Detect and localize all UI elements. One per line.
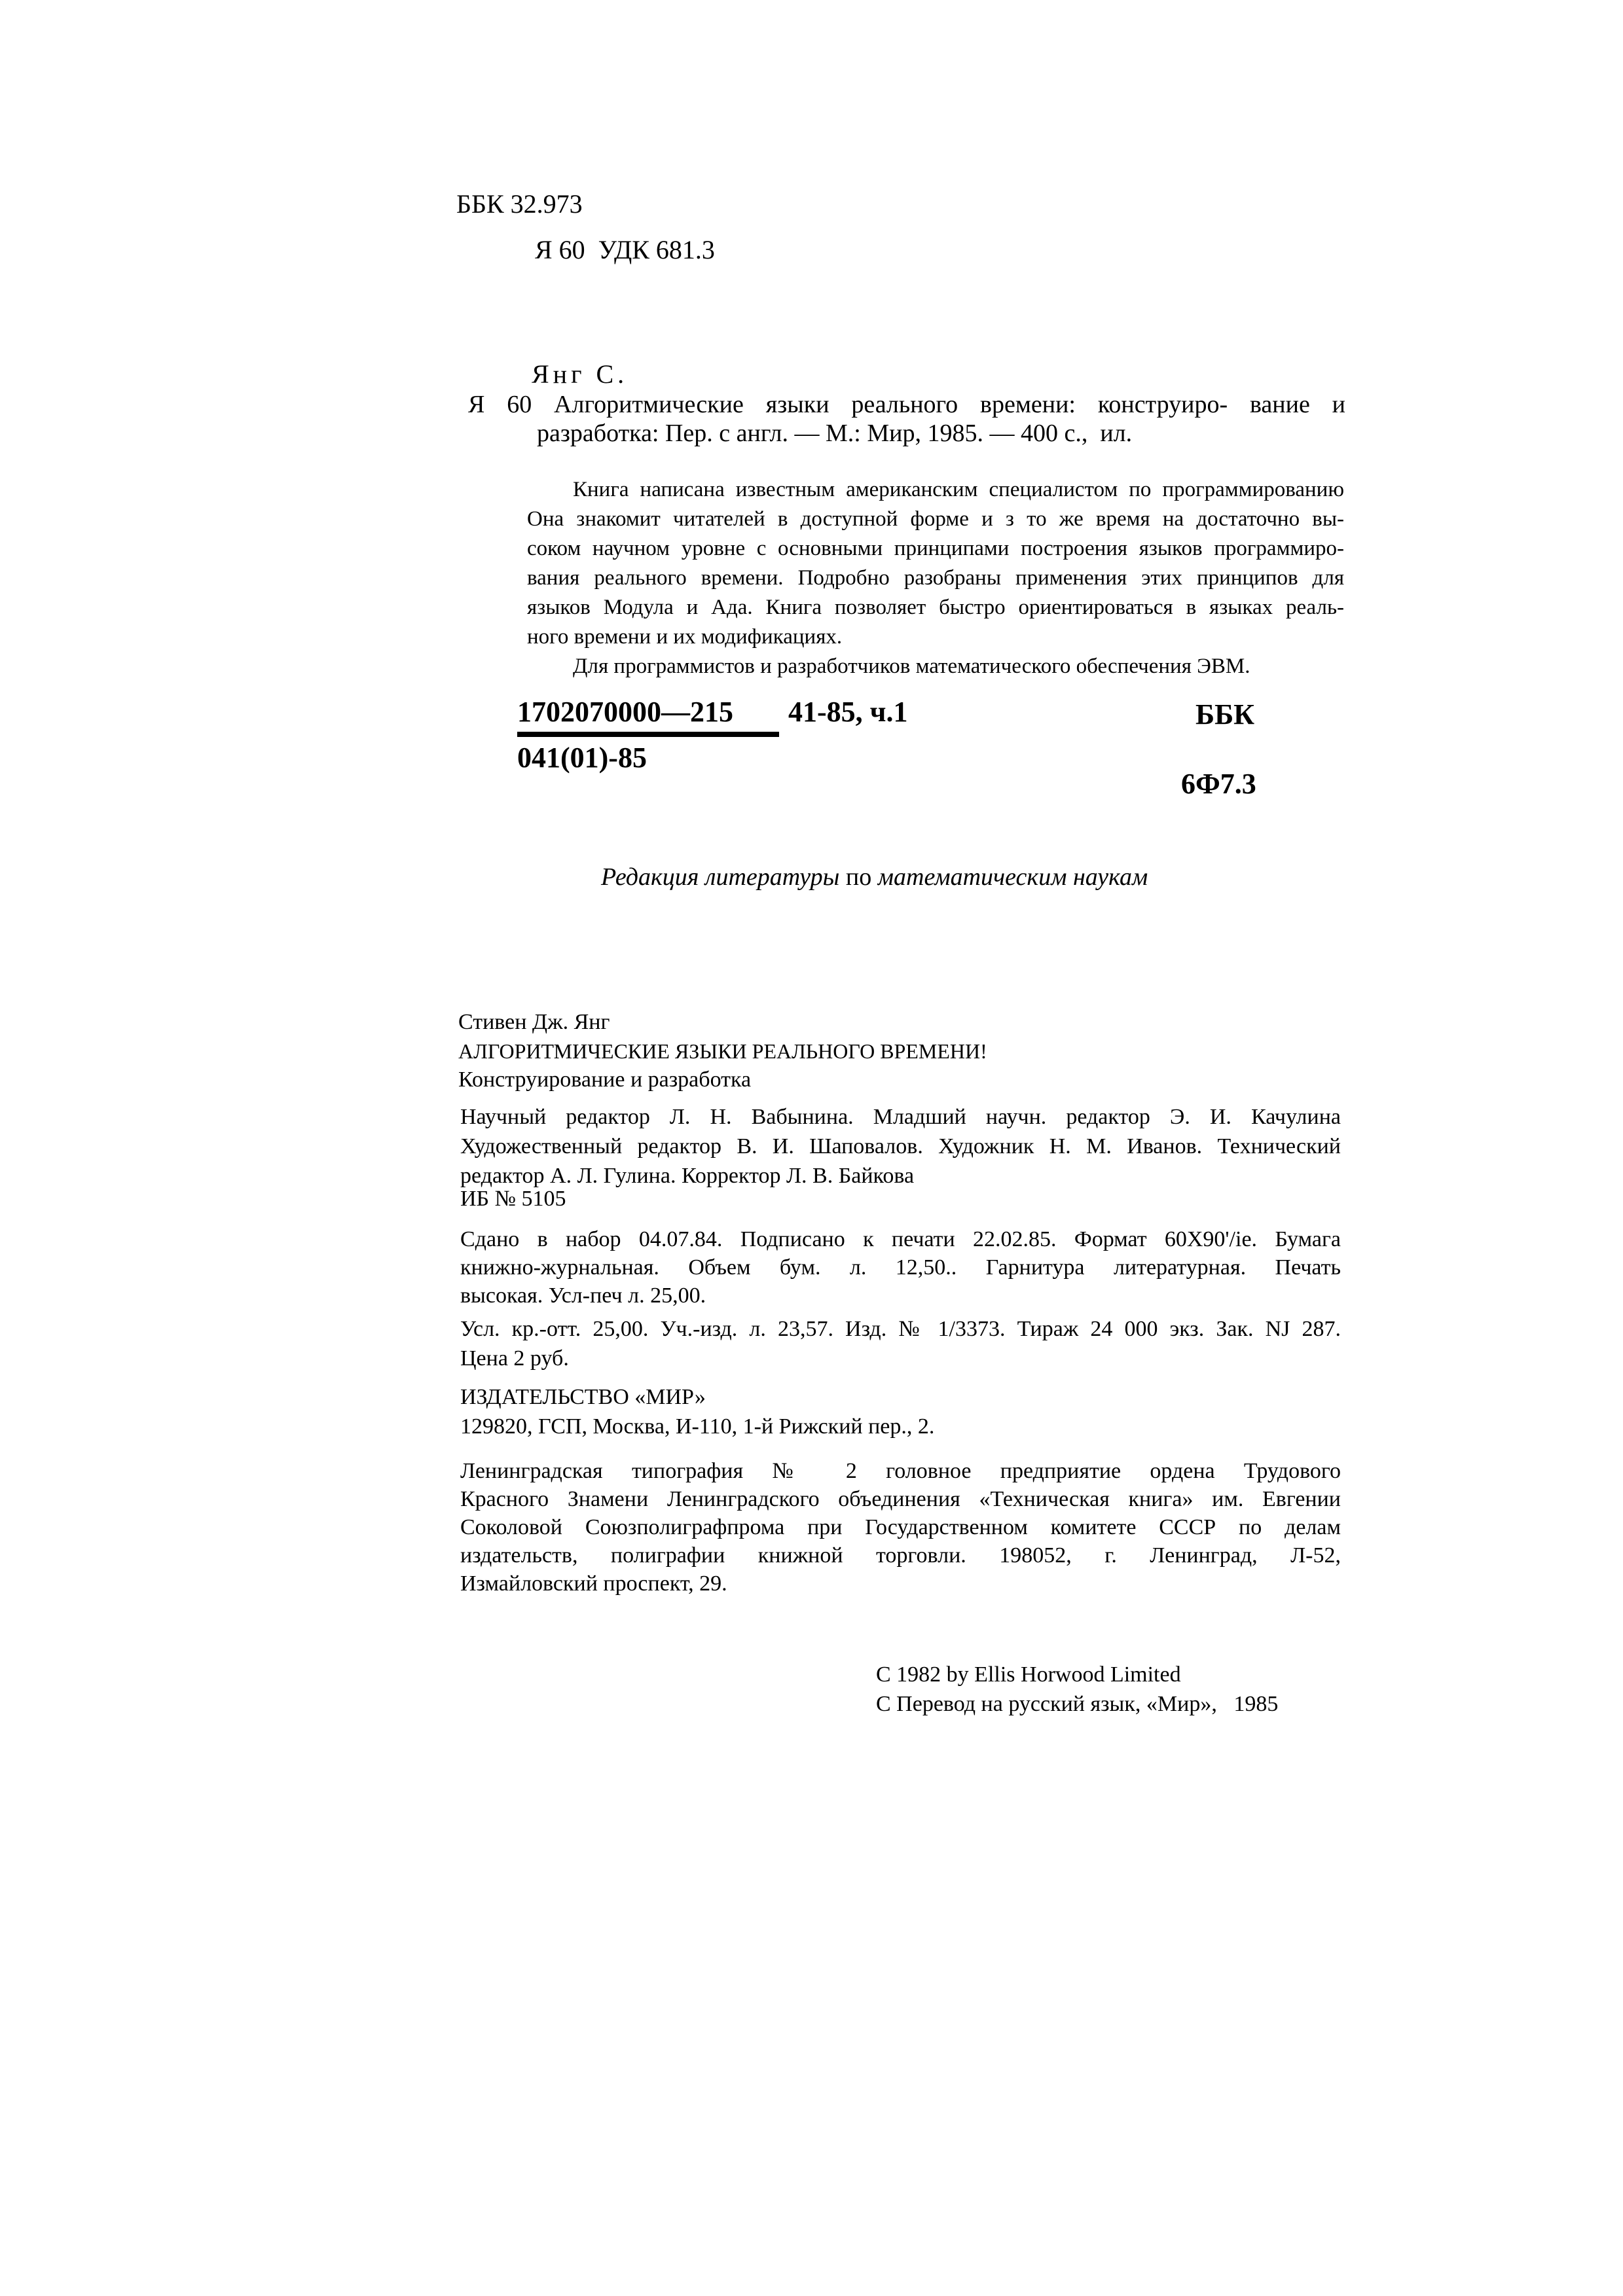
annotation-line: вания реального времени. Подробно разобр… bbox=[527, 564, 1344, 593]
copyright-code-part: 41-85, ч.1 bbox=[788, 696, 907, 728]
staff-line: Научный редактор Л. Н. Вабынина. Младший… bbox=[460, 1102, 1341, 1132]
publisher-name: ИЗДАТЕЛЬСТВО «МИР» bbox=[460, 1382, 1341, 1412]
copyright-code-row: 1702070000—21541-85, ч.1 bbox=[517, 695, 907, 728]
staff-line: Художественный редактор В. И. Шаповалов.… bbox=[460, 1132, 1341, 1161]
printing-house-line: Красного Знамени Ленинградского объедине… bbox=[460, 1485, 1341, 1513]
annotation-line: соком научном уровне с основными принцип… bbox=[527, 534, 1344, 564]
annotation-line: ного времени и их модификациях. bbox=[527, 622, 1344, 652]
print-run-info-2: Усл. кр.-отт. 25,00. Уч.-изд. л. 23,57. … bbox=[460, 1314, 1341, 1373]
copyright-translation: С Перевод на русский язык, «Мир», 1985 bbox=[876, 1689, 1278, 1719]
annotation-audience: Для программистов и разработчиков матема… bbox=[527, 652, 1344, 681]
catalog-author: Янг С. bbox=[532, 359, 628, 389]
catalog-entry-line: Я 60 Алгоритмические языки реального вре… bbox=[468, 390, 1345, 419]
bbk-label: ББК bbox=[1195, 698, 1254, 730]
print-info-line: высокая. Усл-печ л. 25,00. bbox=[460, 1282, 1341, 1310]
print-info-line: Усл. кр.-отт. 25,00. Уч.-изд. л. 23,57. … bbox=[460, 1314, 1341, 1344]
catalog-entry-line: разработка: Пер. с англ. — М.: Мир, 1985… bbox=[537, 419, 1345, 448]
book-title: АЛГОРИТМИЧЕСКИЕ ЯЗЫКИ РЕАЛЬНОГО ВРЕМЕНИ! bbox=[458, 1037, 1375, 1066]
printing-house-block: Ленинградская типография № 2 головное пр… bbox=[460, 1457, 1341, 1598]
annotation-line: Книга написана известным американским сп… bbox=[527, 475, 1344, 505]
copyright-code-denominator: 041(01)-85 bbox=[517, 742, 647, 774]
annotation-line: языков Модула и Ада. Книга позволяет быс… bbox=[527, 593, 1344, 622]
price: Цена 2 руб. bbox=[460, 1344, 1341, 1373]
printing-house-line: Соколовой Союзполиграфпрома при Государс… bbox=[460, 1513, 1341, 1541]
ib-number: ИБ № 5105 bbox=[460, 1185, 1341, 1213]
copyright-block: С 1982 by Ellis Horwood Limited С Перево… bbox=[876, 1660, 1278, 1719]
book-imprint-page: ББК 32.973 Я 60 УДК 681.3 Янг С. Я 60 Ал… bbox=[0, 0, 1623, 2296]
annotation-line: Она знакомит читателей в доступной форме… bbox=[527, 505, 1344, 534]
staff-credits: Научный редактор Л. Н. Вабынина. Младший… bbox=[460, 1102, 1341, 1191]
edition-note-lead: Редакция литературы bbox=[601, 863, 839, 891]
print-run-info: Сдано в набор 04.07.84. Подписано к печа… bbox=[460, 1225, 1341, 1310]
copyright-original: С 1982 by Ellis Horwood Limited bbox=[876, 1660, 1278, 1689]
bbk-value: 6Ф7.3 bbox=[1181, 768, 1256, 800]
annotation: Книга написана известным американским сп… bbox=[527, 475, 1344, 681]
book-subtitle: Конструирование и разработка bbox=[458, 1066, 1375, 1094]
title-author: Стивен Дж. Янг bbox=[458, 1008, 1375, 1037]
title-block: Стивен Дж. Янг АЛГОРИТМИЧЕСКИЕ ЯЗЫКИ РЕА… bbox=[458, 1008, 1375, 1094]
publisher-address: 129820, ГСП, Москва, И-110, 1-й Рижский … bbox=[460, 1412, 1341, 1441]
udk-code: Я 60 УДК 681.3 bbox=[535, 234, 715, 265]
edition-note-mid: по bbox=[839, 863, 877, 891]
copyright-code-numerator: 1702070000—215 bbox=[517, 696, 779, 737]
print-info-line: Сдано в набор 04.07.84. Подписано к печа… bbox=[460, 1225, 1341, 1253]
print-info-line: книжно-журнальная. Объем бум. л. 12,50..… bbox=[460, 1253, 1341, 1282]
edition-note-tail: математическим наукам bbox=[878, 863, 1148, 891]
bbk-code: ББК 32.973 bbox=[456, 188, 583, 219]
printing-house-line: Ленинградская типография № 2 головное пр… bbox=[460, 1457, 1341, 1485]
publisher-block: ИЗДАТЕЛЬСТВО «МИР» 129820, ГСП, Москва, … bbox=[460, 1382, 1341, 1441]
edition-note: Редакция литературы по математическим на… bbox=[601, 863, 1148, 891]
printing-house-line: издательств, полиграфии книжной торговли… bbox=[460, 1541, 1341, 1570]
catalog-entry: Я 60 Алгоритмические языки реального вре… bbox=[468, 390, 1345, 448]
printing-house-line: Измайловский проспект, 29. bbox=[460, 1570, 1341, 1598]
